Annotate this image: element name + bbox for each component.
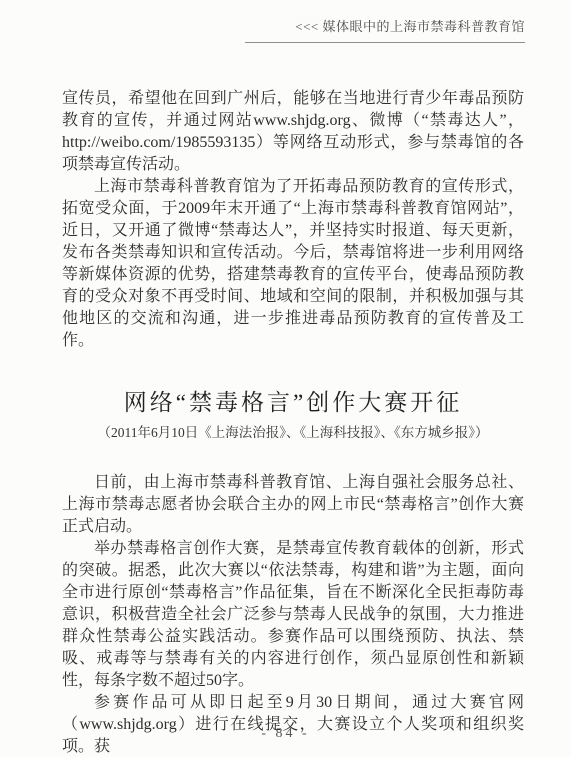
body-paragraph: 上海市禁毒科普教育馆为了开拓毒品预防教育的宣传形式，拓宽受众面，于2009年末开… bbox=[62, 176, 524, 352]
running-header: <<< 媒体眼中的上海市禁毒科普教育馆 bbox=[245, 16, 525, 43]
body-paragraph: 参赛作品可从即日起至9月30日期间，通过大赛官网（www.shjdg.org）进… bbox=[62, 692, 524, 757]
article-title: 网络“禁毒格言”创作大赛开征 bbox=[62, 388, 524, 418]
body-paragraph: 日前，由上海市禁毒科普教育馆、上海自强社会服务总社、上海市禁毒志愿者协会联合主办… bbox=[62, 472, 524, 538]
article-source: （2011年6月10日《上海法治报》、《上海科技报》、《东方城乡报》） bbox=[62, 424, 524, 442]
page-content: 宣传员，希望他在回到广州后，能够在当地进行青少年毒品预防教育的宣传，并通过网站w… bbox=[62, 88, 524, 757]
book-page: <<< 媒体眼中的上海市禁毒科普教育馆 宣传员，希望他在回到广州后，能够在当地进… bbox=[0, 0, 571, 757]
page-number: - 84 - bbox=[0, 726, 571, 742]
body-paragraph: 宣传员，希望他在回到广州后，能够在当地进行青少年毒品预防教育的宣传，并通过网站w… bbox=[62, 88, 524, 176]
body-paragraph: 举办禁毒格言创作大赛，是禁毒宣传教育载体的创新，形式的突破。据悉，此次大赛以“依… bbox=[62, 538, 524, 692]
running-header-text: <<< 媒体眼中的上海市禁毒科普教育馆 bbox=[295, 19, 525, 34]
